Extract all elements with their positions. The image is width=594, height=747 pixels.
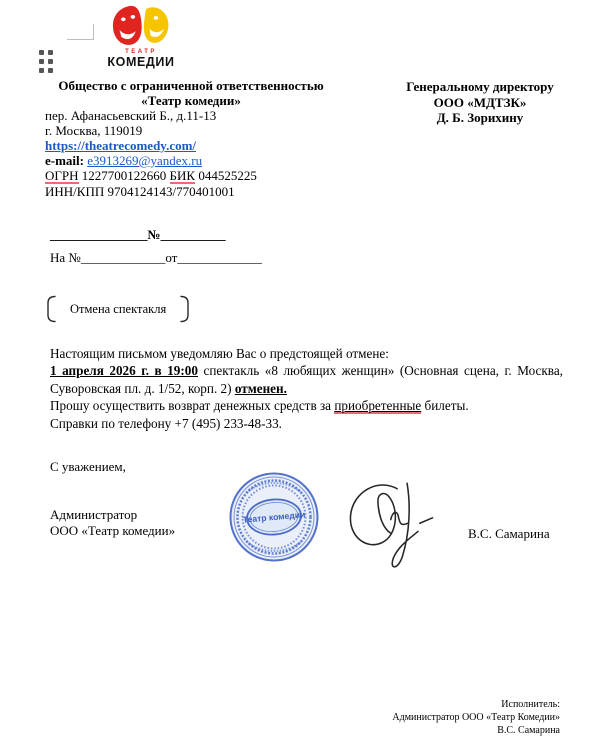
signer-position: Администратор ООО «Театр комедии» — [50, 507, 175, 539]
body-intro: Настоящим письмом уведомляю Вас о предст… — [50, 345, 563, 362]
dot — [48, 68, 53, 73]
sender-inn-line: ИНН/КПП 9704124143/770401001 — [45, 184, 337, 199]
logo-text-komedii: КОМЕДИИ — [102, 55, 180, 69]
sender-address-line2: г. Москва, 119019 — [45, 123, 337, 138]
company-stamp: Театр комедии — [228, 471, 320, 563]
sender-block: Общество с ограниченной ответственностью… — [45, 78, 337, 199]
sender-address-line1: пер. Афанасьевский Б., д.11-13 — [45, 108, 337, 123]
dot — [39, 59, 44, 64]
sender-email-link[interactable]: e3913269@yandex.ru — [87, 153, 202, 168]
left-bracket-icon — [46, 295, 56, 323]
executor-block: Исполнитель: Администратор ООО «Театр Ко… — [392, 698, 560, 737]
inn-label: ИНН/КПП — [45, 184, 104, 199]
bik-value: 044525225 — [198, 168, 257, 183]
dot — [48, 59, 53, 64]
email-label: e-mail: — [45, 153, 84, 168]
reply-number-line: На №_____________от_____________ — [50, 246, 262, 269]
recipient-block: Генеральному директору ООО «МДТЗК» Д. Б.… — [398, 79, 562, 126]
dot — [39, 50, 44, 55]
signer-position-line1: Администратор — [50, 507, 175, 523]
signer-position-line2: ООО «Театр комедии» — [50, 523, 175, 539]
sender-org-line2: «Театр комедии» — [45, 93, 337, 108]
cancelled-word: отменен. — [235, 381, 287, 396]
dot — [39, 68, 44, 73]
sender-ogrn-bik-line: ОГРН 1227700122660 БИК 044525225 — [45, 168, 337, 184]
inn-value: 9704124143/770401001 — [107, 184, 234, 199]
closing-line: С уважением, — [50, 459, 126, 475]
ogrn-label: ОГРН — [45, 170, 79, 184]
drag-handle-dots[interactable] — [39, 50, 53, 73]
outgoing-number-line: _______________№__________ — [50, 223, 262, 246]
sender-org-line1: Общество с ограниченной ответственностью — [45, 78, 337, 93]
body-refund-line: Прошу осуществить возврат денежных средс… — [50, 397, 563, 414]
bik-label: БИК — [170, 170, 196, 184]
letter-body: Настоящим письмом уведомляю Вас о предст… — [50, 345, 563, 432]
table-corner-marker — [67, 24, 94, 40]
body-cancellation-paragraph: 1 апреля 2026 г. в 19:00 спектакль «8 лю… — [50, 362, 563, 397]
signer-name: В.С. Самарина — [468, 526, 550, 542]
refund-highlight-word: приобретенные — [334, 399, 421, 414]
executor-label: Исполнитель: — [392, 698, 560, 711]
right-bracket-icon — [180, 295, 190, 323]
handwritten-signature — [338, 476, 438, 576]
theatre-logo: ТЕАТР КОМЕДИИ — [102, 4, 180, 69]
number-sign: № — [148, 227, 161, 242]
reference-lines: _______________№__________ На №_________… — [50, 223, 262, 269]
sender-website-link[interactable]: https://theatrecomedy.com/ — [45, 138, 196, 153]
recipient-title: Генеральному директору — [398, 79, 562, 95]
comedy-masks-icon — [110, 4, 172, 48]
recipient-org: ООО «МДТЗК» — [398, 95, 562, 111]
dot — [48, 50, 53, 55]
subject-text: Отмена спектакля — [62, 302, 174, 317]
recipient-name: Д. Б. Зорихину — [398, 110, 562, 126]
letter-page: ТЕАТР КОМЕДИИ Общество с ограниченной от… — [0, 0, 594, 747]
ogrn-value: 1227700122660 — [82, 168, 167, 183]
cancellation-datetime: 1 апреля 2026 г. в 19:00 — [50, 363, 198, 378]
executor-name: В.С. Самарина — [392, 724, 560, 737]
executor-position: Администратор ООО «Театр Комедии» — [392, 711, 560, 724]
body-phone-line: Справки по телефону +7 (495) 233-48-33. — [50, 415, 563, 432]
subject-box: Отмена спектакля — [46, 295, 190, 323]
